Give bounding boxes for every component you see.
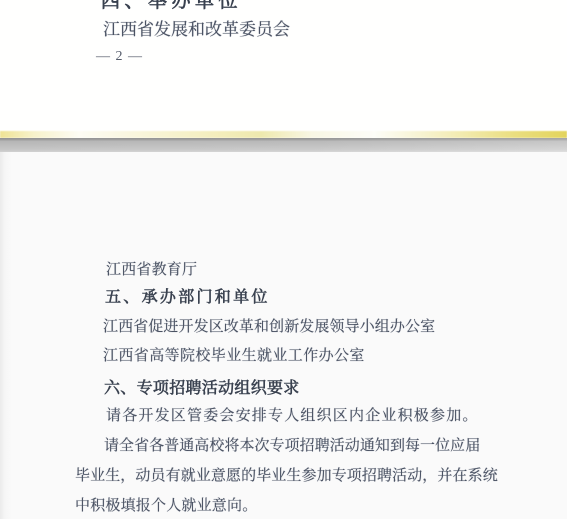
page-current: 江西省教育厅 五、承办部门和单位 江西省促进开发区改革和创新发展领导小组办公室 … [0, 152, 567, 519]
section-heading-five: 五、承办部门和单位 [105, 288, 270, 306]
document-viewer: 四、举办单位 江西省发展和改革委员会 — 2 — 江西省教育厅 五、承办部门和单… [0, 0, 567, 519]
scan-edge-highlight [0, 131, 567, 138]
page-previous: 四、举办单位 江西省发展和改革委员会 — 2 — [0, 0, 567, 133]
section-heading-four: 四、举办单位 [101, 0, 242, 11]
office-line-1: 江西省促进开发区改革和创新发展领导小组办公室 [103, 319, 435, 336]
office-line-2: 江西省高等院校毕业生就业工作办公室 [103, 348, 365, 365]
paragraph-2-line-2: 毕业生，动员有就业意愿的毕业生参加专项招聘活动，并在系统 [75, 468, 498, 485]
agency-line: 江西省教育厅 [106, 262, 197, 279]
paragraph-2-line-1: 请全省各普通高校将本次专项招聘活动通知到每一位应届 [104, 438, 480, 455]
organizer-line: 江西省发展和改革委员会 [103, 21, 290, 39]
page-number: — 2 — [96, 49, 143, 65]
page-separator [0, 138, 567, 152]
paragraph-2-line-3: 中积极填报个人就业意向。 [75, 498, 257, 515]
section-heading-six: 六、专项招聘活动组织要求 [104, 379, 300, 397]
paragraph-1: 请各开发区管委会安排专人组织区内企业积极参加。 [106, 408, 479, 425]
page-separator-shading [0, 138, 567, 152]
